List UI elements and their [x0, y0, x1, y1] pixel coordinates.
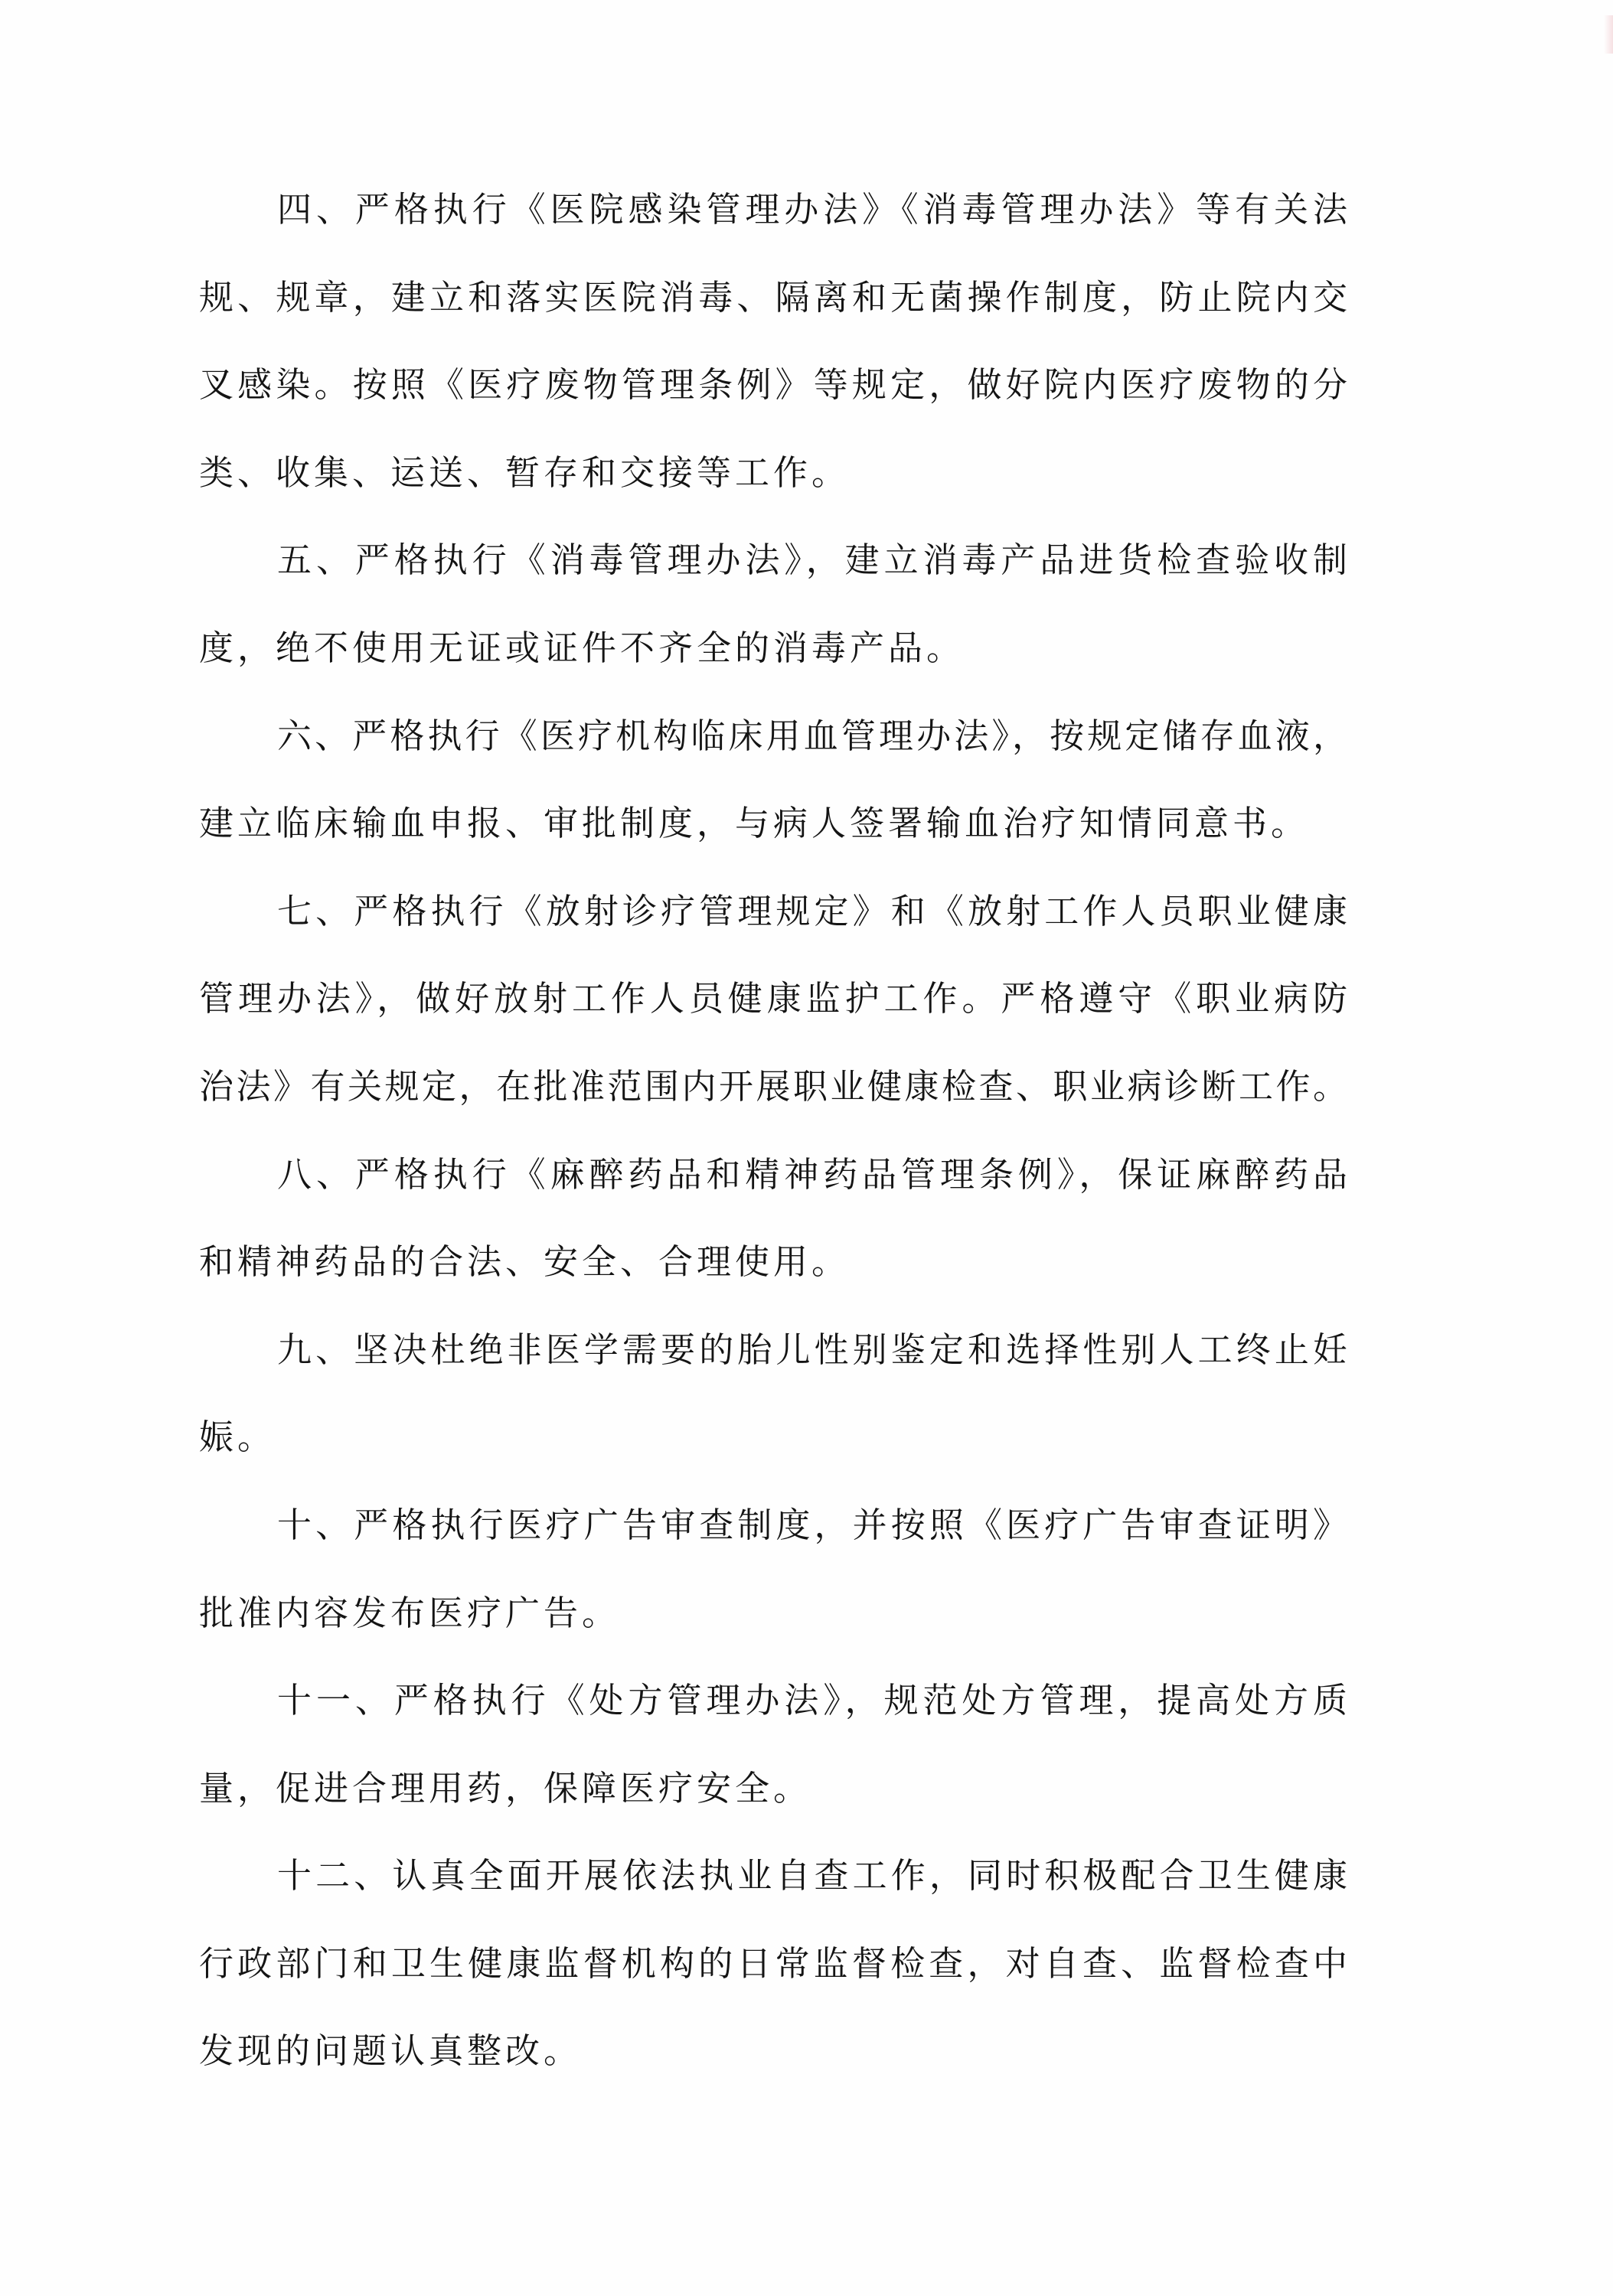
text-line: 四、严格执行《医院感染管理办法》《消毒管理办法》等有关法 [199, 166, 1347, 254]
text-line: 建立临床输血申报、审批制度，与病人签署输血治疗知情同意书。 [199, 780, 1347, 868]
text-line: 九、坚决杜绝非医学需要的胎儿性别鉴定和选择性别人工终止妊 [199, 1306, 1347, 1394]
paragraph-item-9: 九、坚决杜绝非医学需要的胎儿性别鉴定和选择性别人工终止妊 娠。 [199, 1306, 1347, 1482]
document-body: 四、严格执行《医院感染管理办法》《消毒管理办法》等有关法 规、规章，建立和落实医… [199, 166, 1347, 2095]
text-line: 行政部门和卫生健康监督机构的日常监督检查，对自查、监督检查中 [199, 1920, 1347, 2008]
paragraph-item-10: 十、严格执行医疗广告审查制度，并按照《医疗广告审查证明》 批准内容发布医疗广告。 [199, 1482, 1347, 1657]
text-line: 管理办法》，做好放射工作人员健康监护工作。严格遵守《职业病防 [199, 955, 1347, 1043]
text-line: 十一、严格执行《处方管理办法》，规范处方管理，提高处方质 [199, 1657, 1347, 1745]
text-line: 批准内容发布医疗广告。 [199, 1570, 1347, 1658]
text-line: 十二、认真全面开展依法执业自查工作，同时积极配合卫生健康 [199, 1832, 1347, 1920]
text-line: 量，促进合理用药，保障医疗安全。 [199, 1745, 1347, 1833]
text-line: 和精神药品的合法、安全、合理使用。 [199, 1218, 1347, 1306]
text-line: 五、严格执行《消毒管理办法》，建立消毒产品进货检查验收制 [199, 517, 1347, 605]
paragraph-item-6: 六、严格执行《医疗机构临床用血管理办法》，按规定储存血液， 建立临床输血申报、审… [199, 693, 1347, 868]
text-line: 叉感染。按照《医疗废物管理条例》等规定，做好院内医疗废物的分 [199, 341, 1347, 429]
paragraph-item-12: 十二、认真全面开展依法执业自查工作，同时积极配合卫生健康 行政部门和卫生健康监督… [199, 1832, 1347, 2095]
scan-edge-artifact [1604, 15, 1613, 54]
text-line: 十、严格执行医疗广告审查制度，并按照《医疗广告审查证明》 [199, 1482, 1347, 1570]
text-line: 类、收集、运送、暂存和交接等工作。 [199, 429, 1347, 517]
paragraph-item-4: 四、严格执行《医院感染管理办法》《消毒管理办法》等有关法 规、规章，建立和落实医… [199, 166, 1347, 517]
paragraph-item-11: 十一、严格执行《处方管理办法》，规范处方管理，提高处方质 量，促进合理用药，保障… [199, 1657, 1347, 1832]
text-line: 度，绝不使用无证或证件不齐全的消毒产品。 [199, 605, 1347, 693]
paragraph-item-5: 五、严格执行《消毒管理办法》，建立消毒产品进货检查验收制 度，绝不使用无证或证件… [199, 517, 1347, 692]
paragraph-item-8: 八、严格执行《麻醉药品和精神药品管理条例》，保证麻醉药品 和精神药品的合法、安全… [199, 1131, 1347, 1306]
text-line: 规、规章，建立和落实医院消毒、隔离和无菌操作制度，防止院内交 [199, 254, 1347, 342]
text-line: 治法》有关规定，在批准范围内开展职业健康检查、职业病诊断工作。 [199, 1043, 1347, 1131]
text-line: 发现的问题认真整改。 [199, 2007, 1347, 2095]
text-line: 娠。 [199, 1394, 1347, 1482]
text-line: 八、严格执行《麻醉药品和精神药品管理条例》，保证麻醉药品 [199, 1131, 1347, 1219]
text-line: 七、严格执行《放射诊疗管理规定》和《放射工作人员职业健康 [199, 868, 1347, 956]
paragraph-item-7: 七、严格执行《放射诊疗管理规定》和《放射工作人员职业健康 管理办法》，做好放射工… [199, 868, 1347, 1131]
text-line: 六、严格执行《医疗机构临床用血管理办法》，按规定储存血液， [199, 693, 1347, 781]
